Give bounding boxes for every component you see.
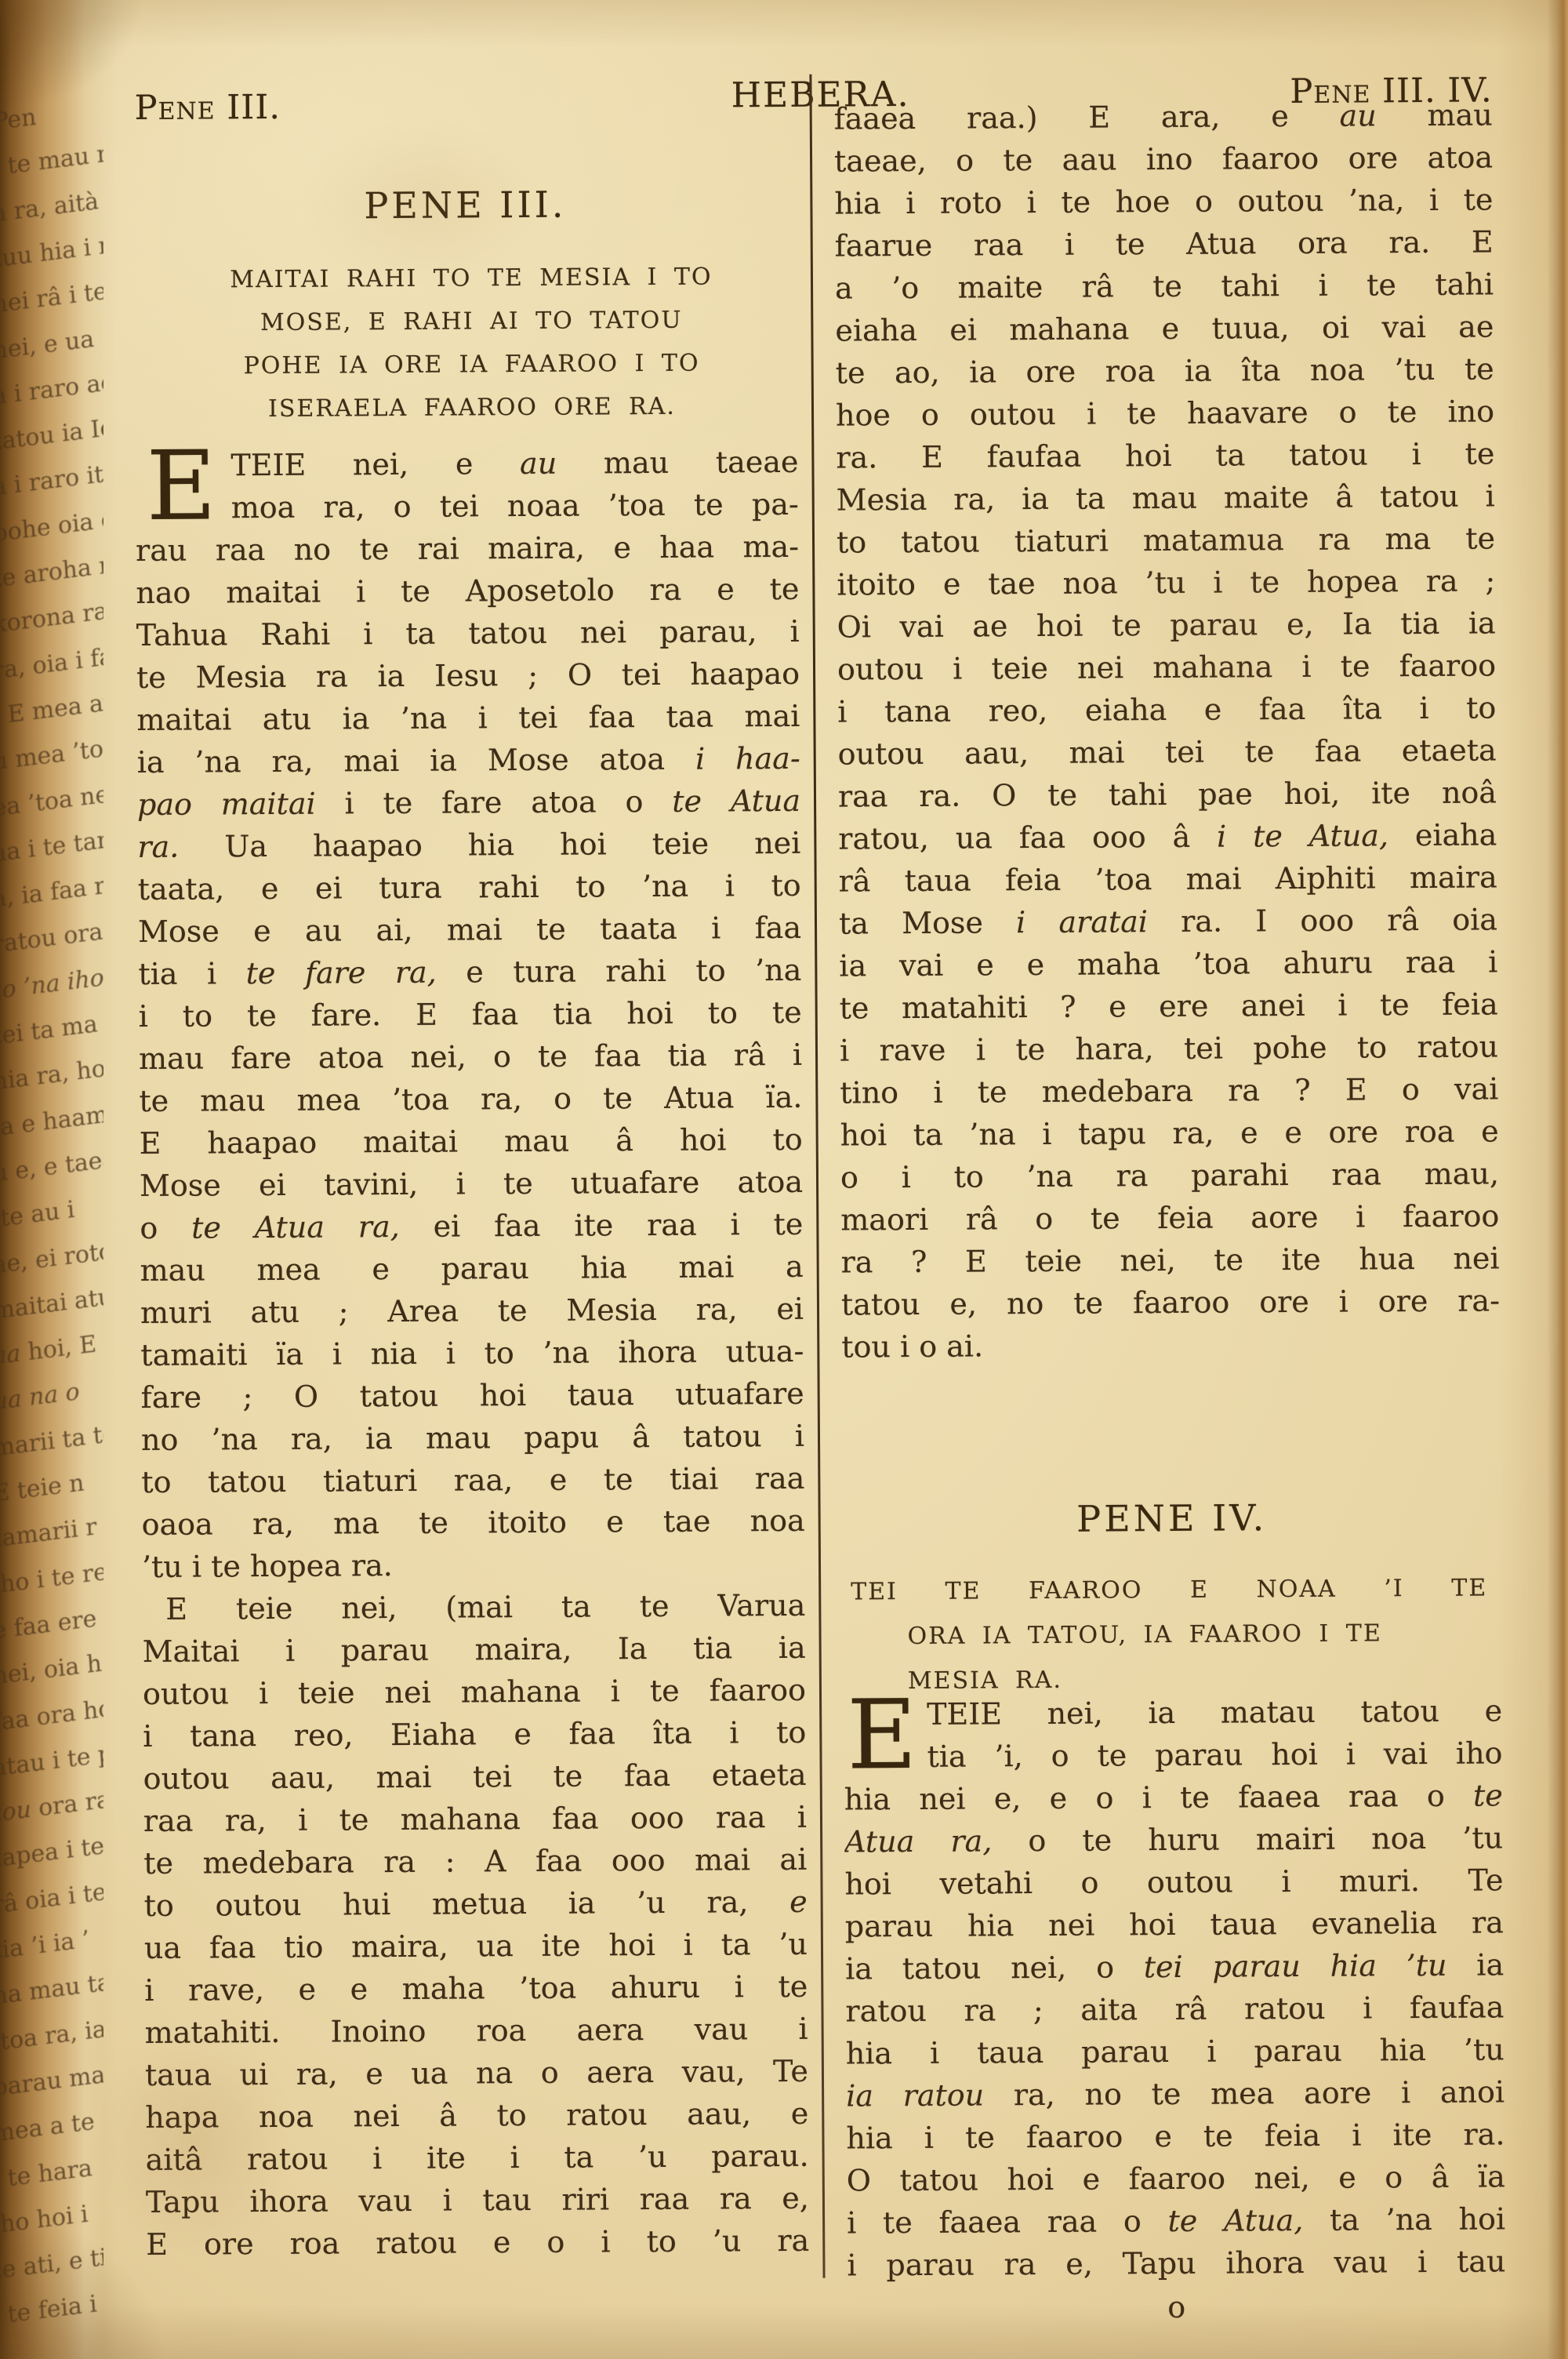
- text-line: outou aau, mai tei te faa etaeta: [838, 729, 1497, 775]
- text-line: itoito e tae noa ’tu i te hopea ra ;: [837, 559, 1495, 605]
- text-line: outou aau, mai tei te faa etaeta: [143, 1754, 806, 1800]
- text-line: maori râ o te feia aore i faaroo: [840, 1194, 1499, 1241]
- text-line: hia i te faaroo e te feia i ite ra.: [846, 2113, 1504, 2159]
- column-divider-rule: [809, 75, 825, 2278]
- text-line: i te faaea raa o te Atua, ta ’na hoi: [847, 2197, 1505, 2244]
- text-line: TEIE nei, e au mau taeae: [135, 441, 798, 487]
- text-line: Atua ra, o te huru mairi noa ’tu: [844, 1816, 1503, 1863]
- text-line: E ore roa ratou e o i to ’u ra: [146, 2219, 809, 2266]
- text-line: tatou e, no te faaroo ore i ore ra-: [841, 1279, 1500, 1325]
- text-line: ia vai e e maha ’toa ahuru raa i: [839, 940, 1497, 987]
- text-line: 10matahiti. Inoino roa aera vau i: [144, 2008, 808, 2054]
- text-line: ’tu i te hopea ra.: [142, 1542, 805, 1588]
- summary-line: POHE IA ORE IA FAAROO I TO: [158, 341, 785, 388]
- text-line: o i to ’na ra parahi raa mau,: [840, 1152, 1499, 1198]
- text-line: a ’o maite râ te tahi i te tahi: [835, 263, 1494, 309]
- text-line: Mesia ra, ia ta mau maite â tatou i: [837, 474, 1495, 521]
- text-line: 3ra. Ua haapao hia hoi teie nei: [137, 822, 800, 868]
- text-line: taata, e ei tura rahi to ’na i to: [138, 864, 801, 911]
- text-line: outou i teie nei mahana i te faaroo: [837, 644, 1496, 690]
- text-line: i rave, e e maha ’toa ahuru i te: [144, 1965, 808, 2012]
- summary-line: MAITAI RAHI TO TE MESIA I TO: [158, 255, 785, 302]
- chapter-heading-pene-4: PENE IV.: [842, 1495, 1501, 1541]
- text-line: te mau mea ’toa ra, o te Atua ïa.: [139, 1076, 802, 1122]
- text-line: to tatou tiaturi matamua ra ma te: [837, 517, 1495, 563]
- text-line: hapa noa nei â to ratou aau, e: [145, 2092, 808, 2139]
- text-line: 13faarue raa i te Atua ora ra. E: [835, 220, 1494, 267]
- text-line: 8i tana reo, Eiaha e faa îta i to: [143, 1711, 806, 1757]
- text-line: outou i teie nei mahana i te faaroo: [143, 1669, 806, 1715]
- text-line: no ’na ra, ia mau papu â tatou i: [141, 1415, 804, 1461]
- text-line: moa ra, o tei noaa ’toa te pa-: [136, 483, 799, 529]
- text-line: mau mea e parau hia mai a: [140, 1245, 804, 1292]
- text-line: ia ratou ra, no te mea aore i anoi: [846, 2070, 1504, 2117]
- text-line: 2te Mesia ra ia Iesu ; O tei haapao: [136, 652, 800, 699]
- text-line: hia nei e, e o i te faaea raa o te: [844, 1774, 1503, 1820]
- chapter-4-summary: TEI TE FAAROO E NOAA ’I TEORA IA TATOU, …: [851, 1566, 1488, 1704]
- text-line: Tahua Rahi i ta tatou nei parau, i: [136, 610, 800, 656]
- text-line: taua ui ra, e ua na o aera vau, Te: [145, 2050, 808, 2096]
- text-line: 15Oi vai ae hoi te parau e, Ia tia ia: [837, 602, 1496, 648]
- text-line: Mose ei tavini, i te utuafare atoa: [140, 1161, 803, 1207]
- text-line: aitâ ratou i ite i ta ’u parau.: [145, 2135, 808, 2181]
- text-line: o te Atua ra, ei faa ite raa i te: [140, 1203, 803, 1249]
- text-line: 3O tatou hoi e faaroo nei, e o â ïa: [847, 2155, 1505, 2201]
- text-line: TEIE nei, ia matau tatou e: [844, 1689, 1502, 1736]
- text-line: raa ra, i te mahana faa ooo raa i: [143, 1796, 807, 1842]
- text-line: taeae, o te aau ino faaroo ore atoa: [834, 136, 1493, 182]
- summary-line: MOSE, E RAHI AI TO TATOU: [158, 298, 785, 345]
- text-line: oaoa ra, ma te itoito e tae noa: [142, 1499, 805, 1546]
- text-line: 17ta Mose i aratai ra. I ooo râ oia: [839, 898, 1497, 944]
- text-line: to outou hui metua ia ’u ra, e: [143, 1881, 807, 1927]
- text-line: to tatou tiaturi raa, e te tiai raa: [141, 1457, 804, 1503]
- text-line: tou i o ai.: [841, 1321, 1500, 1368]
- text-line: ratou, ua faa ooo â i te Atua, eiaha: [838, 813, 1497, 860]
- book-page: Peni te mau ma ra, aità iatuu hia i mnei…: [0, 0, 1568, 2359]
- summary-line: ORA IA TATOU, IA FAAROO I TE: [851, 1611, 1487, 1659]
- text-line: parau hia nei hoi taua evanelia ra: [845, 1901, 1504, 1947]
- text-line: 2hoi vetahi o outou i muri. Te: [844, 1859, 1503, 1905]
- text-line: Mose e au ai, mai te taata i faa: [138, 907, 801, 953]
- chapter-heading-pene-3: PENE III.: [133, 182, 797, 228]
- printed-area: Pene III. HEBERA. Pene III. IV. PENE III…: [0, 0, 1568, 2359]
- text-line: fare ; O tatou hoi taua utuafare: [141, 1372, 804, 1419]
- text-line: 4i to te fare. E faa tia hoi to te: [139, 991, 802, 1038]
- text-line: Maitai i parau maira, Ia tia ia: [142, 1627, 805, 1673]
- text-line: te matahiti ? e ere anei i te feia: [840, 983, 1498, 1029]
- text-line: tamaiti ïa i nia i to ’na ihora utua-: [140, 1330, 804, 1376]
- text-line: 12faaea raa.) E ara, e au mau: [834, 93, 1493, 140]
- summary-line: ISERAELA FAAROO ORE RA.: [158, 384, 786, 431]
- summary-line: TEI TE FAAROO E NOAA ’I TE: [851, 1566, 1487, 1615]
- right-column-text-chapter-4: E TEIE nei, ia matau tatou etia ’i, o te…: [844, 1689, 1506, 2286]
- text-line: ia tatou nei, o tei parau hia ’tu ia: [845, 1943, 1504, 1990]
- text-line: 9te medebara ra : A faa ooo mai ai: [143, 1838, 807, 1885]
- text-line: i rave i te hara, tei pohe to ratou: [840, 1025, 1498, 1071]
- text-line: ua faa tio maira, ua ite hoi i ta ’u: [144, 1923, 808, 1969]
- text-line: mau fare atoa nei, o te faa tia râ i: [139, 1034, 802, 1080]
- text-line: 6muri atu ; Area te Mesia ra, ei: [140, 1288, 804, 1334]
- text-line: ratou ra ; aita râ ratou i faufaa: [845, 1986, 1504, 2032]
- text-line: pao maitai i te fare atoa o te Atua: [137, 780, 800, 826]
- catchword: o: [848, 2284, 1506, 2330]
- text-line: 16raa ra. O te tahi pae hoi, ite noâ: [838, 771, 1497, 817]
- text-line: 7E teie nei, (mai ta te Varua: [142, 1584, 805, 1630]
- text-line: 5E haapao maitai mau â hoi to: [140, 1118, 803, 1165]
- text-line: tia ’i, o te parau hoi i vai iho: [844, 1732, 1502, 1778]
- text-line: maitai atu ia ’na i tei faa taa mai: [136, 695, 800, 741]
- text-line: hoi ta ’na i tapu ra, e e ore roa e: [840, 1110, 1498, 1156]
- right-column-text-chapter-3: 12faaea raa.) E ara, e au mautaeae, o te…: [834, 93, 1501, 1368]
- text-line: 18tino i te medebara ra ? E o vai: [840, 1067, 1498, 1114]
- text-line: ia ’na ra, mai ia Mose atoa i haa-: [137, 737, 800, 783]
- text-line: hia i roto i te hoe o outou ’na, i te: [834, 178, 1493, 224]
- text-line: eiaha ei mahana e tuua, oi vai ae: [835, 305, 1494, 351]
- text-line: te ao, ia ore roa ia îta noa ’tu te: [836, 347, 1494, 394]
- text-line: i parau ra e, Tapu ihora vau i tau: [847, 2240, 1505, 2286]
- text-line: i tana reo, eiaha e faa îta i to: [837, 686, 1496, 732]
- text-line: hoe o outou i te haavare o te ino: [836, 390, 1494, 436]
- text-line: 14ra. E faufaa hoi ta tatou i te: [836, 432, 1494, 478]
- left-column-text: E TEIE nei, e au mau taeaemoa ra, o tei …: [135, 441, 809, 2266]
- text-line: 19ra ? E teie nei, te ite hua nei: [840, 1237, 1499, 1283]
- text-line: tia i te fare ra, e tura rahi to ’na: [138, 949, 801, 995]
- text-line: râ taua feia ’toa mai Aiphiti maira: [839, 856, 1497, 902]
- text-line: rau raa no te rai maira, e haa ma-: [136, 525, 799, 572]
- text-line: 11Tapu ihora vau i tau riri raa ra e,: [146, 2177, 809, 2223]
- text-line: nao maitai i te Aposetolo ra e te: [136, 568, 799, 614]
- text-line: hia i taua parau i parau hia ’tu: [846, 2028, 1504, 2074]
- chapter-3-summary: MAITAI RAHI TO TE MESIA I TOMOSE, E RAHI…: [158, 255, 786, 431]
